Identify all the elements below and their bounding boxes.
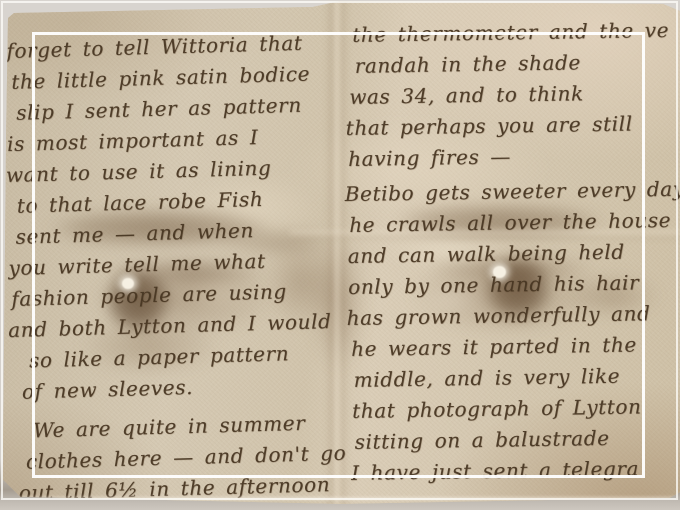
paper-bottom-edge-highlight bbox=[0, 495, 680, 500]
handwritten-line: and can walk being held bbox=[347, 236, 680, 272]
handwritten-line: that perhaps you are still bbox=[345, 108, 680, 144]
letter-page-right: the thermometer and the ve randah in the… bbox=[344, 15, 680, 489]
handwritten-line: middle, and is very like bbox=[353, 360, 680, 396]
letter-photo-canvas: forget to tell Wittoria that the little … bbox=[0, 0, 680, 510]
letter-page-left: forget to tell Wittoria that the little … bbox=[6, 27, 351, 509]
handwritten-line: sitting on a balustrade bbox=[354, 422, 680, 458]
handwritten-line: that photograph of Lytton bbox=[352, 391, 680, 427]
letter-paper: forget to tell Wittoria that the little … bbox=[0, 0, 680, 510]
handwritten-line: was 34, and to think bbox=[349, 77, 680, 113]
handwritten-line: randah in the shade bbox=[354, 46, 680, 82]
handwritten-line: having fires — bbox=[348, 139, 680, 175]
handwritten-line: he wears it parted in the bbox=[351, 329, 680, 365]
handwritten-line: the thermometer and the ve bbox=[352, 15, 680, 51]
handwritten-line: he crawls all over the house bbox=[349, 205, 680, 241]
handwritten-line: I have just sent a telegra bbox=[351, 453, 680, 489]
handwritten-line: only by one hand his hair bbox=[348, 267, 680, 303]
